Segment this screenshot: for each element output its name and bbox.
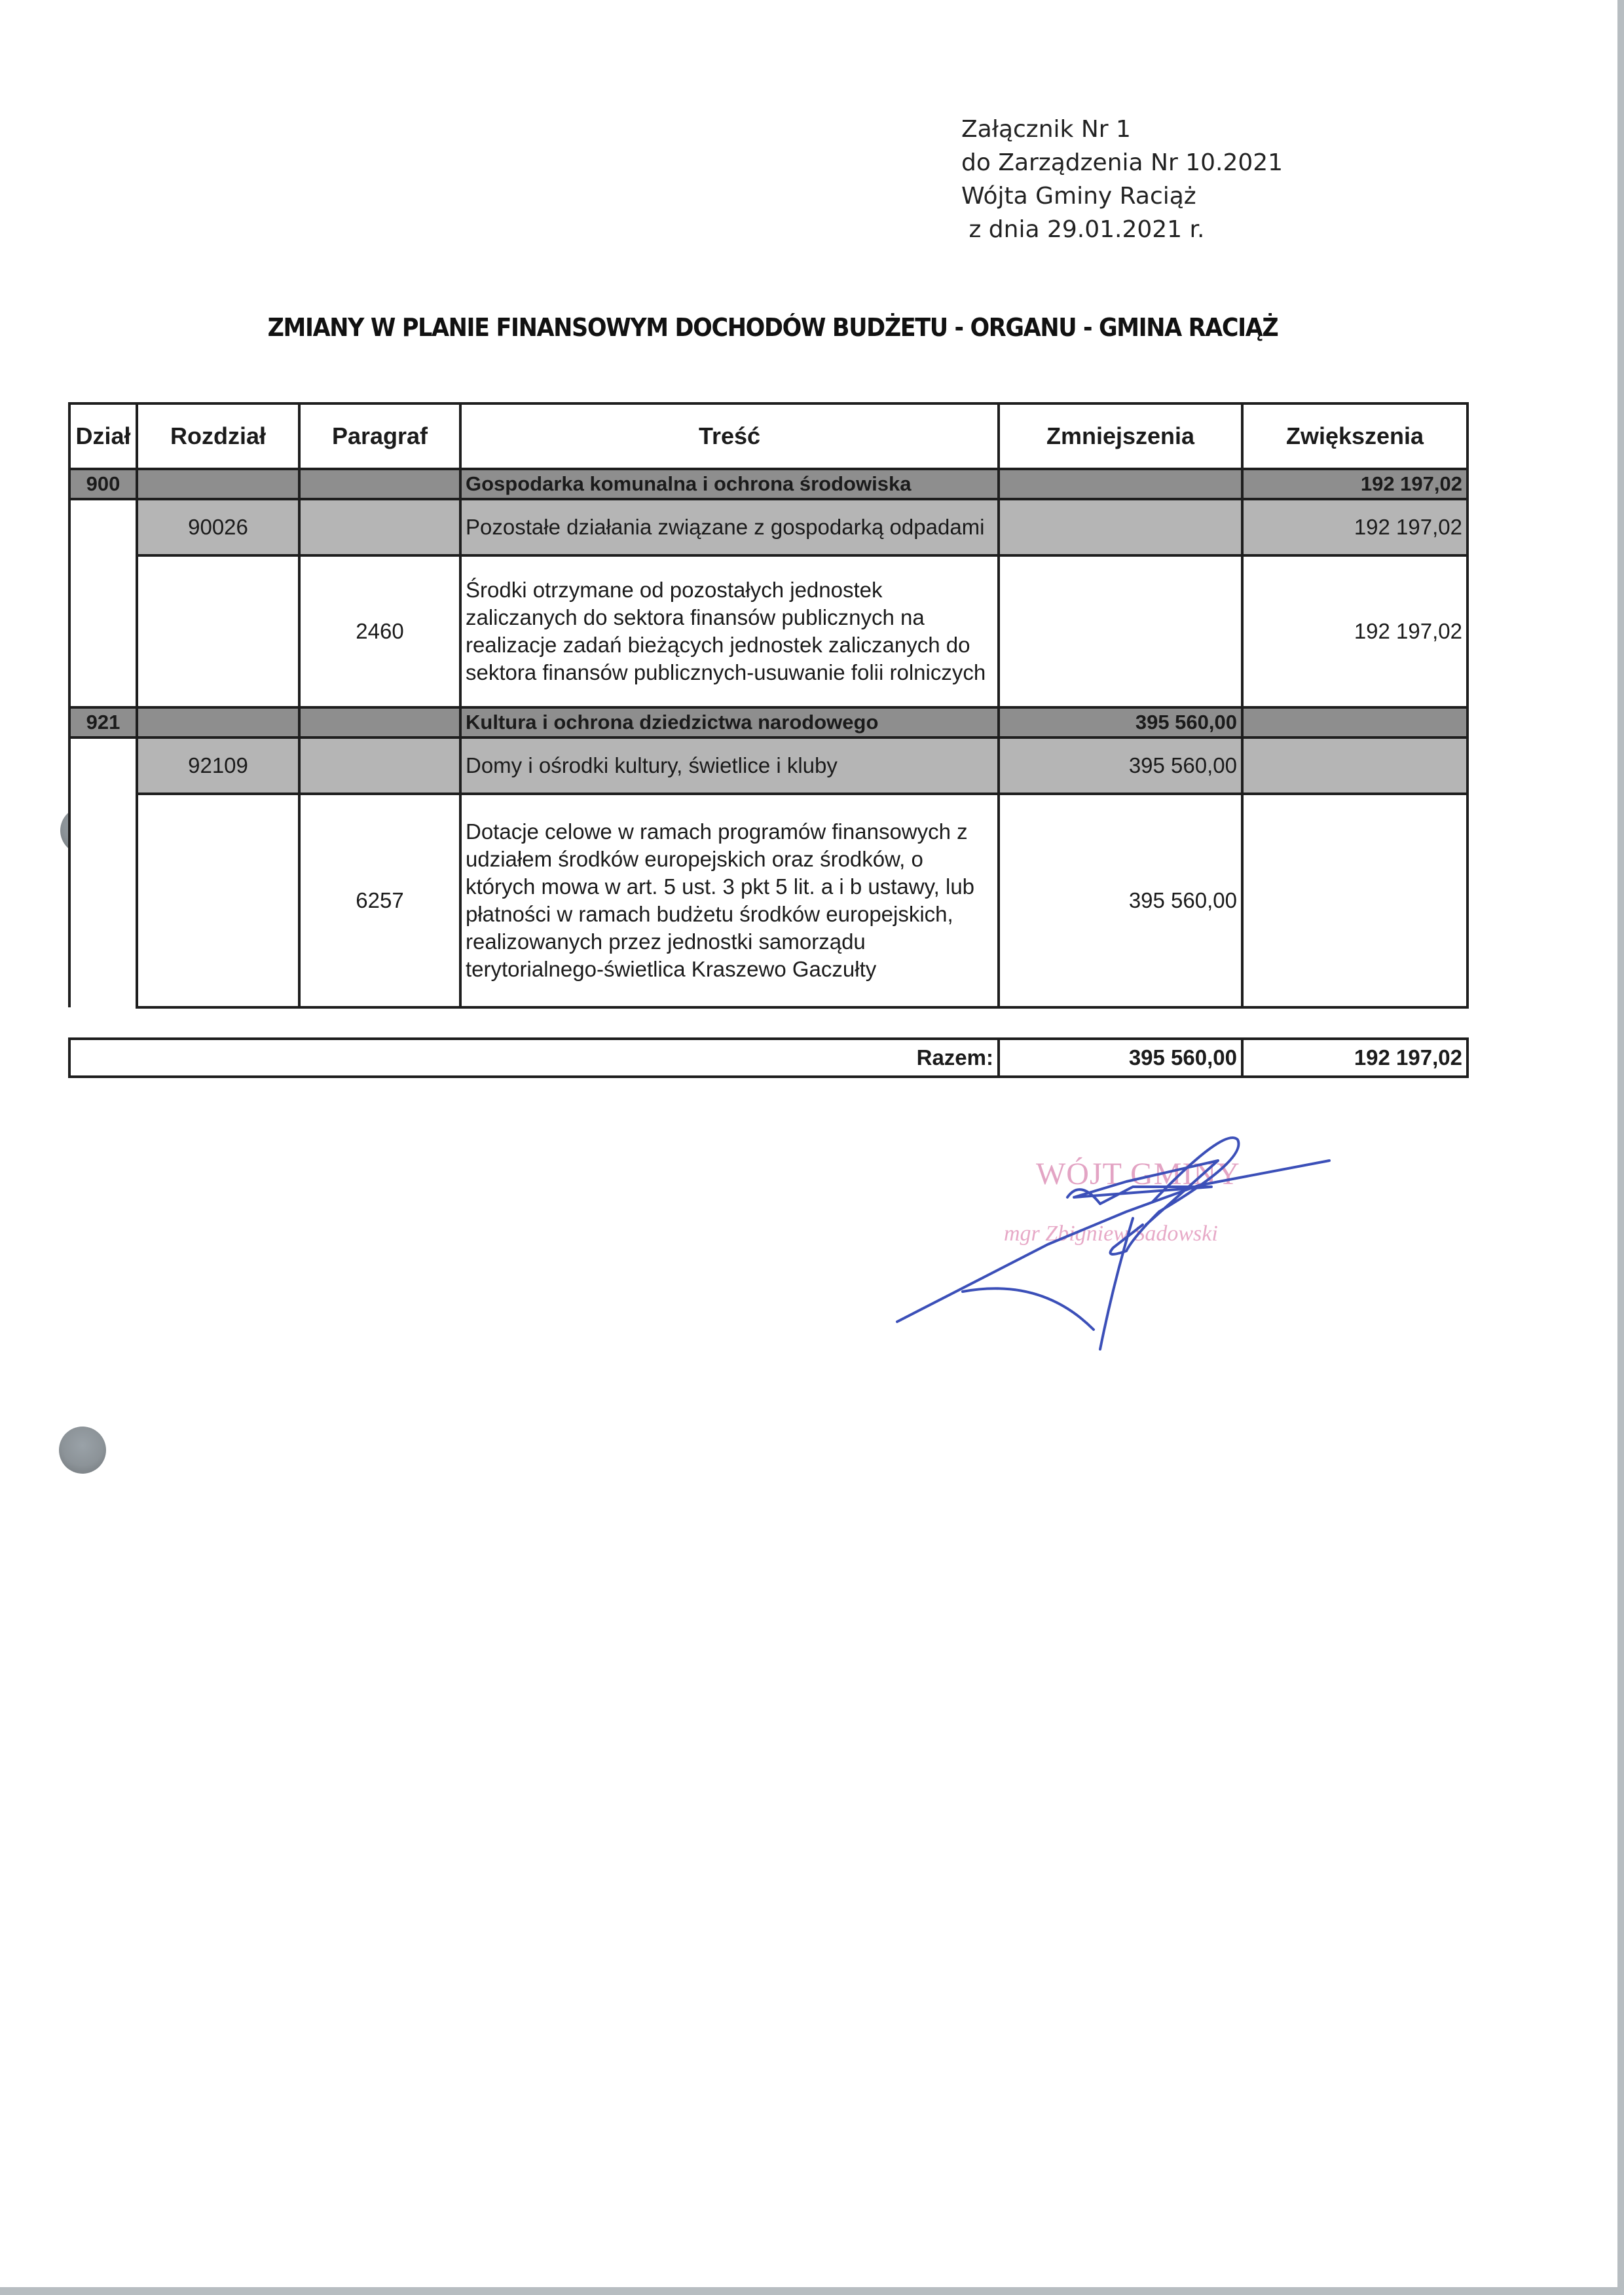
cell-paragraf <box>299 737 460 794</box>
cell-dzial <box>69 794 137 1007</box>
cell-zmniejszenia <box>999 499 1242 555</box>
cell-tresc: Domy i ośrodki kultury, świetlice i klub… <box>460 737 999 794</box>
cell-zmniejszenia: 395 560,00 <box>999 794 1242 1007</box>
cell-paragraf: 6257 <box>299 794 460 1007</box>
annex-reference: Załącznik Nr 1 do Zarządzenia Nr 10.2021… <box>961 113 1283 246</box>
cell-zmniejszenia <box>999 555 1242 707</box>
cell-zwiekszenia: 192 197,02 <box>1242 555 1467 707</box>
document-title: ZMIANY W PLANIE FINANSOWYM DOCHODÓW BUDŻ… <box>261 313 1285 342</box>
cell-zmniejszenia <box>999 469 1242 499</box>
cell-zwiekszenia <box>1242 737 1467 794</box>
table-row-paragraf: 6257Dotacje celowe w ramach programów fi… <box>69 794 1467 1007</box>
annex-line: do Zarządzenia Nr 10.2021 <box>961 146 1283 179</box>
column-header-zmniejszenia: Zmniejszenia <box>999 403 1242 469</box>
cell-rozdzial <box>137 469 299 499</box>
cell-rozdzial <box>137 555 299 707</box>
cell-tresc: Gospodarka komunalna i ochrona środowisk… <box>460 469 999 499</box>
annex-line: Załącznik Nr 1 <box>961 113 1283 146</box>
totals-row: Razem: 395 560,00 192 197,02 <box>69 1039 1467 1077</box>
cell-rozdzial: 90026 <box>137 499 299 555</box>
punch-hole-icon <box>59 1427 106 1474</box>
scan-edge-right <box>1617 0 1624 2295</box>
annex-line: Wójta Gminy Raciąż <box>961 179 1283 213</box>
cell-zwiekszenia: 192 197,02 <box>1242 469 1467 499</box>
cell-zwiekszenia: 192 197,02 <box>1242 499 1467 555</box>
cell-dzial: 921 <box>69 707 137 737</box>
column-header-zwiekszenia: Zwiększenia <box>1242 403 1467 469</box>
cell-dzial <box>69 555 137 707</box>
signature-icon <box>884 1113 1342 1362</box>
cell-tresc: Środki otrzymane od pozostałych jednoste… <box>460 555 999 707</box>
cell-zmniejszenia: 395 560,00 <box>999 737 1242 794</box>
annex-line: z dnia 29.01.2021 r. <box>961 213 1283 246</box>
table-row-dzial: 921Kultura i ochrona dziedzictwa narodow… <box>69 707 1467 737</box>
column-header-rozdzial: Rozdział <box>137 403 299 469</box>
scan-edge-bottom <box>0 2287 1624 2295</box>
cell-dzial <box>69 499 137 555</box>
budget-changes-table: Dział Rozdział Paragraf Treść Zmniejszen… <box>68 402 1469 1009</box>
cell-dzial: 900 <box>69 469 137 499</box>
table-header-row: Dział Rozdział Paragraf Treść Zmniejszen… <box>69 403 1467 469</box>
cell-zwiekszenia <box>1242 794 1467 1007</box>
totals-zmniejszenia: 395 560,00 <box>999 1039 1242 1077</box>
table-row-dzial: 900Gospodarka komunalna i ochrona środow… <box>69 469 1467 499</box>
column-header-dzial: Dział <box>69 403 137 469</box>
cell-paragraf <box>299 707 460 737</box>
cell-tresc: Kultura i ochrona dziedzictwa narodowego <box>460 707 999 737</box>
table-row-rozdzial: 90026Pozostałe działania związane z gosp… <box>69 499 1467 555</box>
table-row-paragraf: 2460Środki otrzymane od pozostałych jedn… <box>69 555 1467 707</box>
column-header-paragraf: Paragraf <box>299 403 460 469</box>
cell-paragraf <box>299 499 460 555</box>
cell-zmniejszenia: 395 560,00 <box>999 707 1242 737</box>
totals-table: Razem: 395 560,00 192 197,02 <box>68 1037 1469 1078</box>
signature-stamp: WÓJT GMINY mgr Zbigniew Sadowski <box>884 1113 1342 1362</box>
cell-rozdzial: 92109 <box>137 737 299 794</box>
cell-rozdzial <box>137 707 299 737</box>
totals-zwiekszenia: 192 197,02 <box>1242 1039 1467 1077</box>
cell-rozdzial <box>137 794 299 1007</box>
cell-tresc: Pozostałe działania związane z gospodark… <box>460 499 999 555</box>
cell-dzial <box>69 737 137 794</box>
cell-zwiekszenia <box>1242 707 1467 737</box>
cell-paragraf: 2460 <box>299 555 460 707</box>
column-header-tresc: Treść <box>460 403 999 469</box>
table-row-rozdzial: 92109Domy i ośrodki kultury, świetlice i… <box>69 737 1467 794</box>
totals-label: Razem: <box>69 1039 999 1077</box>
cell-tresc: Dotacje celowe w ramach programów finans… <box>460 794 999 1007</box>
cell-paragraf <box>299 469 460 499</box>
